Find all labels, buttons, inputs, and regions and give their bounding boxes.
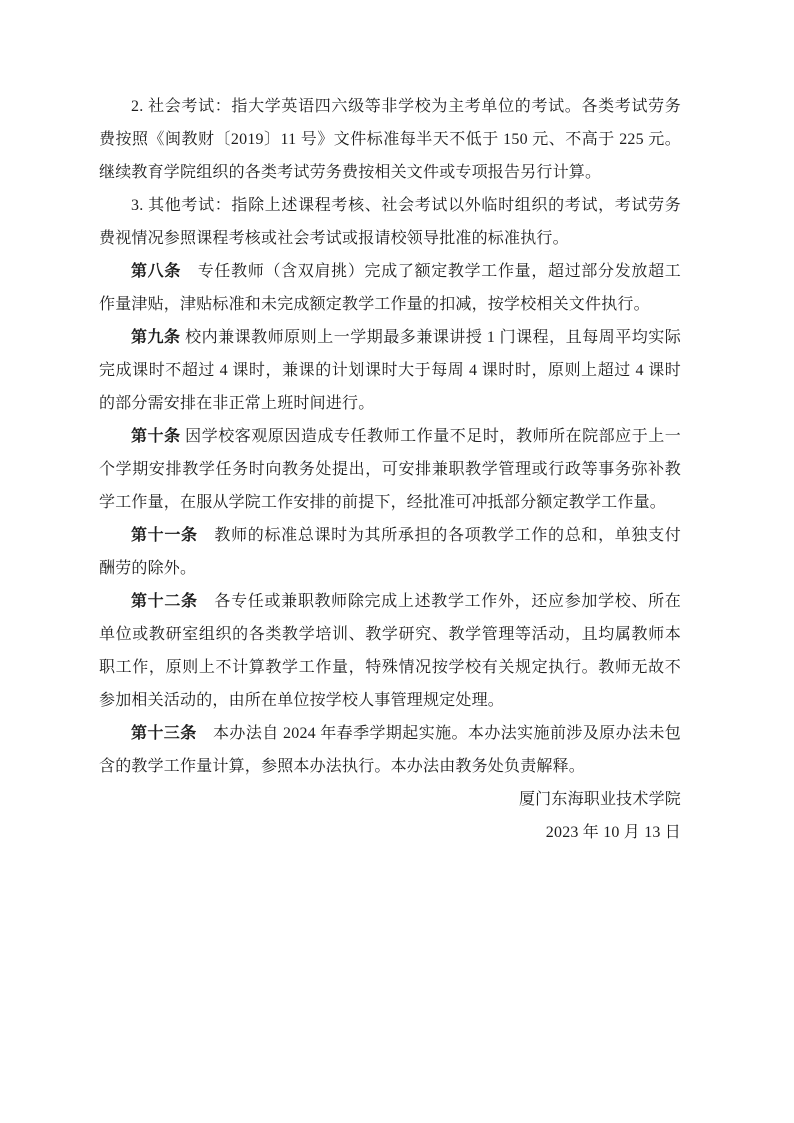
paragraph-clause-8: 第八条 专任教师（含双肩挑）完成了额定教学工作量，超过部分发放超工作量津贴，津贴… xyxy=(99,255,681,321)
signature-org: 厦门东海职业技术学院 xyxy=(99,783,681,816)
clause-number: 第九条 xyxy=(131,329,181,346)
paragraph-text: 各专任或兼职教师除完成上述教学工作外，还应参加学校、所在单位或教研室组织的各类教… xyxy=(99,593,681,709)
paragraph-text: 3. 其他考试：指除上述课程考核、社会考试以外临时组织的考试，考试劳务费视情况参… xyxy=(99,197,681,247)
clause-number: 第十条 xyxy=(131,428,181,445)
document-body: 2. 社会考试：指大学英语四六级等非学校为主考单位的考试。各类考试劳务费按照《闽… xyxy=(99,90,681,849)
paragraph-text: 专任教师（含双肩挑）完成了额定教学工作量，超过部分发放超工作量津贴，津贴标准和未… xyxy=(99,263,681,313)
paragraph-exam-other: 3. 其他考试：指除上述课程考核、社会考试以外临时组织的考试，考试劳务费视情况参… xyxy=(99,189,681,255)
paragraph-text: 因学校客观原因造成专任教师工作量不足时，教师所在院部应于上一个学期安排教学任务时… xyxy=(99,428,681,511)
clause-number: 第十一条 xyxy=(131,527,198,544)
paragraph-clause-10: 第十条 因学校客观原因造成专任教师工作量不足时，教师所在院部应于上一个学期安排教… xyxy=(99,420,681,519)
clause-number: 第十三条 xyxy=(131,725,197,742)
paragraph-text: 校内兼课教师原则上一学期最多兼课讲授 1 门课程，且每周平均实际完成课时不超过 … xyxy=(99,329,681,412)
paragraph-clause-13: 第十三条 本办法自 2024 年春季学期起实施。本办法实施前涉及原办法未包含的教… xyxy=(99,717,681,783)
paragraph-exam-social: 2. 社会考试：指大学英语四六级等非学校为主考单位的考试。各类考试劳务费按照《闽… xyxy=(99,90,681,189)
paragraph-clause-11: 第十一条 教师的标准总课时为其所承担的各项教学工作的总和，单独支付酬劳的除外。 xyxy=(99,519,681,585)
clause-number: 第八条 xyxy=(131,263,181,280)
paragraph-clause-12: 第十二条 各专任或兼职教师除完成上述教学工作外，还应参加学校、所在单位或教研室组… xyxy=(99,585,681,717)
signature-date: 2023 年 10 月 13 日 xyxy=(99,816,681,849)
clause-number: 第十二条 xyxy=(131,593,198,610)
paragraph-text: 2. 社会考试：指大学英语四六级等非学校为主考单位的考试。各类考试劳务费按照《闽… xyxy=(99,98,681,181)
paragraph-clause-9: 第九条 校内兼课教师原则上一学期最多兼课讲授 1 门课程，且每周平均实际完成课时… xyxy=(99,321,681,420)
document-page: 2. 社会考试：指大学英语四六级等非学校为主考单位的考试。各类考试劳务费按照《闽… xyxy=(0,0,794,1123)
